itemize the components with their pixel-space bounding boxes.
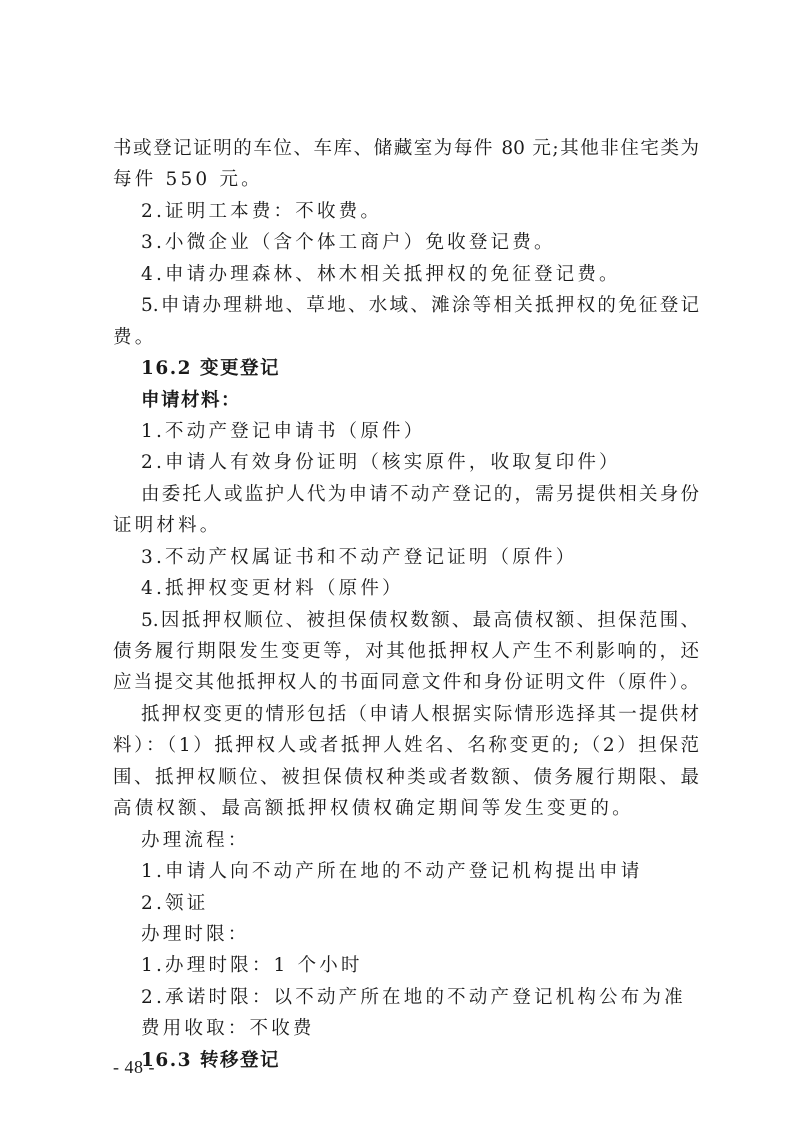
- material-item: 1.不动产登记申请书（原件）: [113, 416, 699, 447]
- process-item: 1.申请人向不动产所在地的不动产登记机构提出申请: [113, 856, 699, 887]
- material-item: 2.申请人有效身份证明（核实原件，收取复印件）: [113, 447, 699, 478]
- time-limit-item: 2.承诺时限：以不动产所在地的不动产登记机构公布为准: [113, 982, 699, 1013]
- paragraph-line: 费。: [113, 322, 699, 353]
- process-item: 2.领证: [113, 888, 699, 919]
- paragraph-line: 高债权额、最高额抵押权债权确定期间等发生变更的。: [113, 793, 699, 824]
- time-limit-item: 1.办理时限：1 个小时: [113, 950, 699, 981]
- paragraph-line: 料）：（1）抵押权人或者抵押人姓名、名称变更的;（2）担保范: [113, 730, 699, 761]
- section-heading: 16.3 转移登记: [113, 1045, 699, 1076]
- paragraph-line: 债务履行期限发生变更等，对其他抵押权人产生不利影响的，还: [113, 636, 699, 667]
- paragraph-line: 每件 550 元。: [113, 164, 699, 195]
- fee-item: 4.申请办理森林、林木相关抵押权的免征登记费。: [113, 259, 699, 290]
- paragraph-line: 书或登记证明的车位、车库、储藏室为每件 80 元;其他非住宅类为: [113, 133, 699, 164]
- fee-item: 5.申请办理耕地、草地、水域、滩涂等相关抵押权的免征登记: [113, 290, 699, 321]
- section-heading: 16.2 变更登记: [113, 353, 699, 384]
- fee-item: 3.小微企业（含个体工商户）免收登记费。: [113, 227, 699, 258]
- page-number: - 48 -: [113, 1057, 155, 1078]
- process-heading: 办理流程：: [113, 825, 699, 856]
- document-page: 书或登记证明的车位、车库、储藏室为每件 80 元;其他非住宅类为 每件 550 …: [113, 133, 699, 1076]
- material-item: 4.抵押权变更材料（原件）: [113, 573, 699, 604]
- paragraph-line: 抵押权变更的情形包括（申请人根据实际情形选择其一提供材: [113, 699, 699, 730]
- time-limit-heading: 办理时限：: [113, 919, 699, 950]
- material-item: 3.不动产权属证书和不动产登记证明（原件）: [113, 542, 699, 573]
- paragraph-line: 证明材料。: [113, 510, 699, 541]
- paragraph-line: 由委托人或监护人代为申请不动产登记的，需另提供相关身份: [113, 479, 699, 510]
- paragraph-line: 应当提交其他抵押权人的书面同意文件和身份证明文件（原件）。: [113, 667, 699, 698]
- fee-collection: 费用收取：不收费: [113, 1013, 699, 1044]
- fee-item: 2.证明工本费：不收费。: [113, 196, 699, 227]
- material-item: 5.因抵押权顺位、被担保债权数额、最高债权额、担保范围、: [113, 605, 699, 636]
- subsection-heading: 申请材料：: [113, 385, 699, 416]
- paragraph-line: 围、抵押权顺位、被担保债权种类或者数额、债务履行期限、最: [113, 762, 699, 793]
